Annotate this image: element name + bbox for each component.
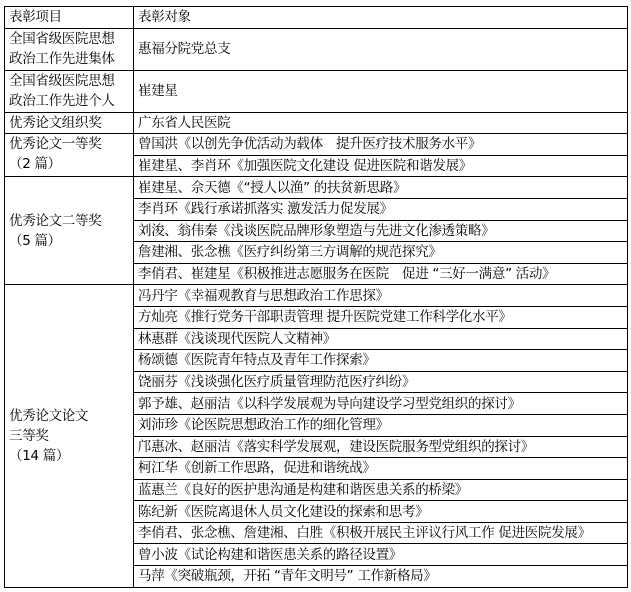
category-line: 政治工作先进个人 xyxy=(9,91,129,111)
recipient-cell: 广东省人民医院 xyxy=(134,112,628,134)
category-line: 全国省级医院思想 xyxy=(9,71,129,91)
category-line: 优秀论文二等奖 xyxy=(9,211,129,231)
category-line: 政治工作先进集体 xyxy=(9,49,129,69)
recipient-cell: 曾国洪《以创先争优活动为载体 提升医疗技术服务水平》 xyxy=(134,134,628,156)
category-cell: 全国省级医院思想 政治工作先进个人 xyxy=(5,70,134,112)
recipient-cell: 柯江华《创新工作思路，促进和谐统战》 xyxy=(134,458,628,480)
category-line: （5 篇） xyxy=(9,231,129,251)
recipient-cell: 李俏君、张念樵、詹建湘、白胜《积极开展民主评议行风工作 促进医院发展》 xyxy=(134,522,628,544)
recipient-cell: 邝惠冰、赵丽洁《落实科学发展观，建设医院服务型党组织的探讨》 xyxy=(134,436,628,458)
recipient-cell: 林惠群《浅谈现代医院人文精神》 xyxy=(134,328,628,350)
recipient-cell: 冯丹宇《幸福观教育与思想政治工作思探》 xyxy=(134,285,628,307)
header-category: 表彰项目 xyxy=(5,7,134,29)
category-line: 全国省级医院思想 xyxy=(9,29,129,49)
recipient-cell: 詹建湘、张念樵《医疗纠纷第三方调解的规范探究》 xyxy=(134,242,628,264)
category-cell: 优秀论文一等奖 （2 篇） xyxy=(5,134,134,177)
recipient-cell: 曾小波《试论构建和谐医患关系的路径设置》 xyxy=(134,544,628,566)
category-line: 优秀论文一等奖 xyxy=(9,134,129,154)
category-line: 三等奖 xyxy=(9,426,129,446)
recipient-cell: 陈纪新《医院离退休人员文化建设的探索和思考》 xyxy=(134,501,628,523)
category-cell: 优秀论文组织奖 xyxy=(5,112,134,134)
recipient-cell: 方灿亮《推行党务干部职责管理 提升医院党建工作科学化水平》 xyxy=(134,306,628,328)
recipient-cell: 李肖环《践行承诺抓落实 激发活力促发展》 xyxy=(134,198,628,220)
category-line: （2 篇） xyxy=(9,154,129,174)
table-row: 优秀论文一等奖 （2 篇） 曾国洪《以创先争优活动为载体 提升医疗技术服务水平》 xyxy=(5,134,628,156)
recipient-cell: 崔建星、佘天德《“授人以渔” 的扶贫新思路》 xyxy=(134,177,628,199)
recipient-cell: 饶丽芬《浅谈强化医疗质量管理防范医疗纠纷》 xyxy=(134,371,628,393)
table-row: 优秀论文论文 三等奖 （14 篇） 冯丹宇《幸福观教育与思想政治工作思探》 xyxy=(5,285,628,307)
category-cell: 全国省级医院思想 政治工作先进集体 xyxy=(5,28,134,70)
recipient-cell: 杨颂德《医院青年特点及青年工作探索》 xyxy=(134,350,628,372)
table-row: 优秀论文组织奖 广东省人民医院 xyxy=(5,112,628,134)
recipient-cell: 马萍《突破瓶颈，开拓 “青年文明号” 工作新格局》 xyxy=(134,566,628,588)
table-row: 优秀论文二等奖 （5 篇） 崔建星、佘天德《“授人以渔” 的扶贫新思路》 xyxy=(5,177,628,199)
recipient-cell: 刘沛珍《论医院思想政治工作的细化管理》 xyxy=(134,414,628,436)
header-recipient: 表彰对象 xyxy=(134,7,628,29)
category-line: 优秀论文论文 xyxy=(9,406,129,426)
recipient-cell: 刘浚、翁伟秦《浅谈医院品牌形象塑造与先进文化渗透策略》 xyxy=(134,220,628,242)
awards-table: 表彰项目 表彰对象 全国省级医院思想 政治工作先进集体 惠福分院党总支 全国省级… xyxy=(4,6,628,588)
header-row: 表彰项目 表彰对象 xyxy=(5,7,628,29)
table-row: 全国省级医院思想 政治工作先进集体 惠福分院党总支 xyxy=(5,28,628,70)
recipient-cell: 崔建星、李肖环《加强医院文化建设 促进医院和谐发展》 xyxy=(134,155,628,177)
recipient-cell: 郭予雄、赵丽洁《以科学发展观为导向建设学习型党组织的探讨》 xyxy=(134,393,628,415)
recipient-cell: 惠福分院党总支 xyxy=(134,28,628,70)
recipient-cell: 崔建星 xyxy=(134,70,628,112)
table-row: 全国省级医院思想 政治工作先进个人 崔建星 xyxy=(5,70,628,112)
category-cell: 优秀论文二等奖 （5 篇） xyxy=(5,177,134,285)
category-cell: 优秀论文论文 三等奖 （14 篇） xyxy=(5,285,134,587)
category-line: （14 篇） xyxy=(9,446,129,466)
recipient-cell: 李俏君、崔建星《积极推进志愿服务在医院 促进 “三好一满意” 活动》 xyxy=(134,263,628,285)
recipient-cell: 蓝惠兰《良好的医护患沟通是构建和谐医患关系的桥梁》 xyxy=(134,479,628,501)
